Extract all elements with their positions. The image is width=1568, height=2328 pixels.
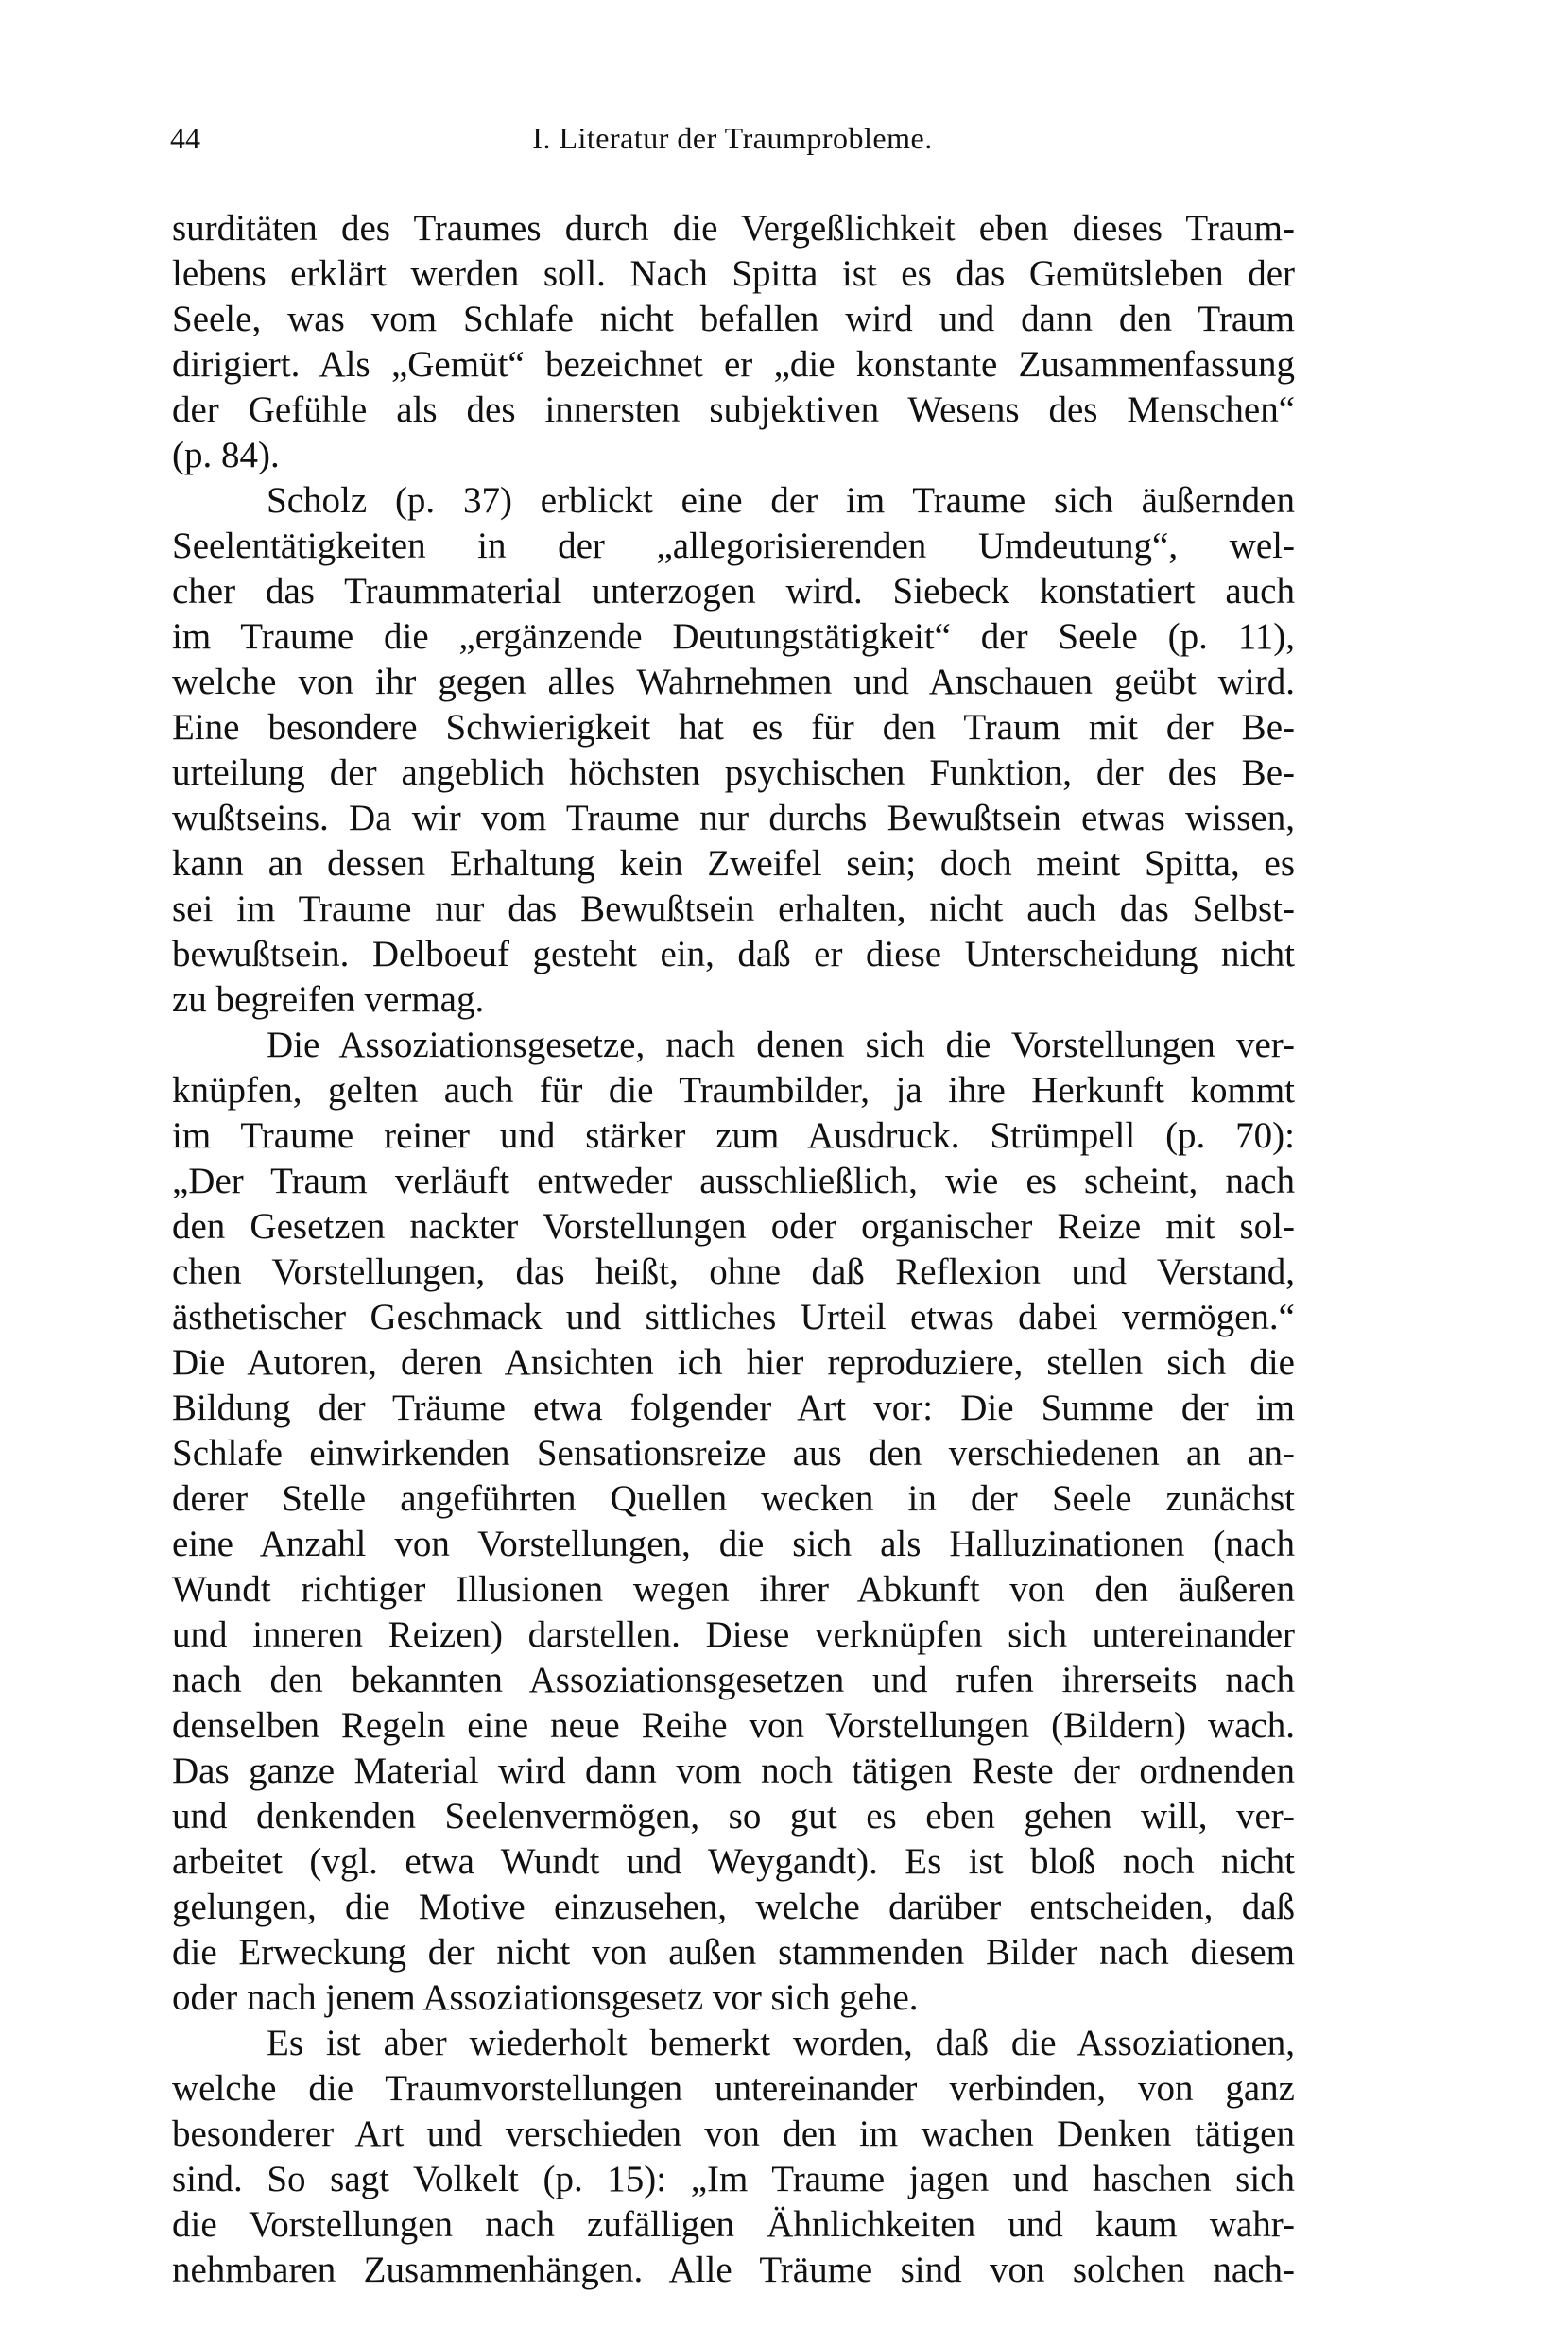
text-line: gelungen, die Motive einzusehen, welche … (172, 1885, 1295, 1930)
text-line: Schlafe einwirkenden Sensationsreize aus… (172, 1431, 1295, 1476)
text-line: derer Stelle angeführten Quellen wecken … (172, 1476, 1295, 1522)
text-line: oder nach jenem Assoziationsgesetz vor s… (172, 1975, 1295, 2021)
text-line: (p. 84). (172, 433, 1295, 478)
text-line: sind. So sagt Volkelt (p. 15): „Im Traum… (172, 2157, 1295, 2202)
text-line: Scholz (p. 37) erblickt eine der im Trau… (172, 478, 1295, 524)
text-line: „Der Traum verläuft entweder ausschließl… (172, 1159, 1295, 1204)
text-line: Das ganze Material wird dann vom noch tä… (172, 1749, 1295, 1794)
text-line: Es ist aber wiederholt bemerkt worden, d… (172, 2021, 1295, 2066)
text-line: lebens erklärt werden soll. Nach Spitta … (172, 251, 1295, 297)
text-line: welche von ihr gegen alles Wahrnehmen un… (172, 660, 1295, 705)
text-line: nehmbaren Zusammenhängen. Alle Träume si… (172, 2248, 1295, 2293)
text-line: bewußtsein. Delboeuf gesteht ein, daß er… (172, 932, 1295, 977)
text-line: eine Anzahl von Vorstellungen, die sich … (172, 1522, 1295, 1567)
text-line: kann an dessen Erhaltung kein Zweifel se… (172, 841, 1295, 887)
text-line: die Erweckung der nicht von außen stamme… (172, 1930, 1295, 1975)
text-line: besonderer Art und verschieden von den i… (172, 2112, 1295, 2157)
body-text: surditäten des Traumes durch die Vergeßl… (172, 206, 1295, 2293)
text-line: zu begreifen vermag. (172, 977, 1295, 1023)
text-line: Eine besondere Schwierigkeit hat es für … (172, 705, 1295, 750)
text-line: wußtseins. Da wir vom Traume nur durchs … (172, 796, 1295, 841)
text-line: welche die Traumvorstellungen untereinan… (172, 2066, 1295, 2112)
text-line: Wundt richtiger Illusionen wegen ihrer A… (172, 1567, 1295, 1612)
text-line: die Vorstellungen nach zufälligen Ähnlic… (172, 2202, 1295, 2248)
text-line: denselben Regeln eine neue Reihe von Vor… (172, 1703, 1295, 1749)
text-line: und inneren Reizen) darstellen. Diese ve… (172, 1612, 1295, 1658)
running-title: I. Literatur der Traumprobleme. (170, 121, 1295, 156)
text-line: arbeitet (vgl. etwa Wundt und Weygandt).… (172, 1839, 1295, 1885)
text-line: dirigiert. Als „Gemüt“ bezeichnet er „di… (172, 342, 1295, 388)
text-line: der Gefühle als des innersten subjektive… (172, 388, 1295, 433)
text-line: Seele, was vom Schlafe nicht befallen wi… (172, 297, 1295, 342)
text-line: und denkenden Seelenvermögen, so gut es … (172, 1794, 1295, 1839)
text-line: urteilung der angeblich höchsten psychis… (172, 750, 1295, 796)
text-line: chen Vorstellungen, das heißt, ohne daß … (172, 1250, 1295, 1295)
text-line: im Traume reiner und stärker zum Ausdruc… (172, 1113, 1295, 1159)
text-line: sei im Traume nur das Bewußtsein erhalte… (172, 887, 1295, 932)
text-line: Bildung der Träume etwa folgender Art vo… (172, 1386, 1295, 1431)
text-line: nach den bekannten Assoziationsgesetzen … (172, 1658, 1295, 1703)
text-line: surditäten des Traumes durch die Vergeßl… (172, 206, 1295, 251)
text-line: Seelentätigkeiten in der „allegorisieren… (172, 524, 1295, 569)
text-line: cher das Traummaterial unterzogen wird. … (172, 569, 1295, 614)
text-line: ästhetischer Geschmack und sittliches Ur… (172, 1295, 1295, 1340)
text-line: im Traume die „ergänzende Deutungstätigk… (172, 614, 1295, 660)
text-line: Die Assoziationsgesetze, nach denen sich… (172, 1023, 1295, 1068)
text-line: Die Autoren, deren Ansichten ich hier re… (172, 1340, 1295, 1386)
text-line: den Gesetzen nackter Vorstellungen oder … (172, 1204, 1295, 1250)
text-line: knüpfen, gelten auch für die Traumbilder… (172, 1068, 1295, 1113)
page-header: 44 I. Literatur der Traumprobleme. (170, 121, 1295, 168)
